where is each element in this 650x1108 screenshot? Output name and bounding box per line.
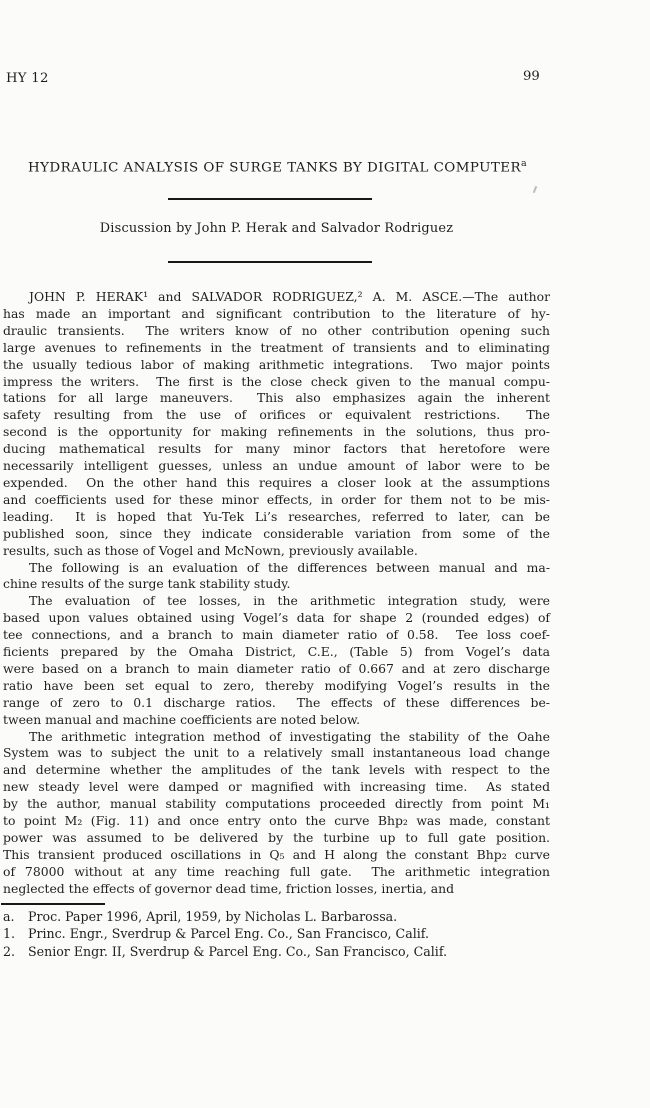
body-line: results, such as those of Vogel and McNo… <box>3 543 550 560</box>
body-line: The arithmetic integration method of inv… <box>3 729 550 746</box>
body-line: This transient produced oscillations in … <box>3 847 550 864</box>
title-footnote-marker: a <box>521 158 527 169</box>
body-line: expended. On the other hand this require… <box>3 475 550 492</box>
body-line: ducing mathematical results for many min… <box>3 441 550 458</box>
body-line: neglected the effects of governor dead t… <box>3 881 550 898</box>
body-line: necessarily intelligent guesses, unless … <box>3 458 550 475</box>
divider-rule-bottom <box>168 261 372 263</box>
body-line: to point M₂ (Fig. 11) and once entry ont… <box>3 813 550 830</box>
body-line: by the author, manual stability computat… <box>3 796 550 813</box>
footnote-text: Proc. Paper 1996, April, 1959, by Nichol… <box>28 909 397 924</box>
footnote-text: Princ. Engr., Sverdrup & Parcel Eng. Co.… <box>28 926 429 941</box>
body-line: and determine whether the amplitudes of … <box>3 762 550 779</box>
footnote-label: a. <box>3 908 28 925</box>
body-line: were based on a branch to main diameter … <box>3 661 550 678</box>
footnote-text: Senior Engr. II, Sverdrup & Parcel Eng. … <box>28 944 447 959</box>
body-line: The following is an evaluation of the di… <box>3 560 550 577</box>
body-line: ficients prepared by the Omaha District,… <box>3 644 550 661</box>
body-line: tween manual and machine coefficients ar… <box>3 712 550 729</box>
scan-artifact <box>533 186 537 193</box>
body-line: safety resulting from the use of orifice… <box>3 407 550 424</box>
body-line: leading. It is hoped that Yu-Tek Li’s re… <box>3 509 550 526</box>
body-line: draulic transients. The writers know of … <box>3 323 550 340</box>
discussion-byline: Discussion by John P. Herak and Salvador… <box>3 221 550 236</box>
divider-rule-top <box>168 198 372 200</box>
paper-title-text: HYDRAULIC ANALYSIS OF SURGE TANKS BY DIG… <box>28 160 521 175</box>
running-header-page-number: 99 <box>523 69 540 84</box>
body-line: second is the opportunity for making ref… <box>3 424 550 441</box>
body-line: published soon, since they indicate cons… <box>3 526 550 543</box>
body-line: large avenues to refinements in the trea… <box>3 340 550 357</box>
paper-title: HYDRAULIC ANALYSIS OF SURGE TANKS BY DIG… <box>28 158 527 175</box>
footnote-item: 2.Senior Engr. II, Sverdrup & Parcel Eng… <box>3 943 563 960</box>
body-text: JOHN P. HERAK¹ and SALVADOR RODRIGUEZ,² … <box>3 289 550 898</box>
footnote-label: 2. <box>3 943 28 960</box>
footnote-item: 1.Princ. Engr., Sverdrup & Parcel Eng. C… <box>3 925 563 942</box>
footnote-item: a.Proc. Paper 1996, April, 1959, by Nich… <box>3 908 563 925</box>
body-line: of 78000 without at any time reaching fu… <box>3 864 550 881</box>
body-line: range of zero to 0.1 discharge ratios. T… <box>3 695 550 712</box>
body-line: tee connections, and a branch to main di… <box>3 627 550 644</box>
footnote-rule <box>1 903 105 905</box>
body-line: based upon values obtained using Vogel’s… <box>3 610 550 627</box>
journal-page: HY 12 99 HYDRAULIC ANALYSIS OF SURGE TAN… <box>0 0 650 1108</box>
body-line: and coefficients used for these minor ef… <box>3 492 550 509</box>
body-line: chine results of the surge tank stabilit… <box>3 576 550 593</box>
body-line: the usually tedious labor of making arit… <box>3 357 550 374</box>
body-line: tations for all large maneuvers. This al… <box>3 390 550 407</box>
footnote-label: 1. <box>3 925 28 942</box>
body-line: new steady level were damped or magnifie… <box>3 779 550 796</box>
body-line: System was to subject the unit to a rela… <box>3 745 550 762</box>
body-line: impress the writers. The first is the cl… <box>3 374 550 391</box>
running-header-issue-code: HY 12 <box>6 71 49 86</box>
body-line: The evaluation of tee losses, in the ari… <box>3 593 550 610</box>
body-line: JOHN P. HERAK¹ and SALVADOR RODRIGUEZ,² … <box>3 289 550 306</box>
body-line: ratio have been set equal to zero, there… <box>3 678 550 695</box>
footnotes: a.Proc. Paper 1996, April, 1959, by Nich… <box>3 908 563 960</box>
body-line: power was assumed to be delivered by the… <box>3 830 550 847</box>
body-line: has made an important and significant co… <box>3 306 550 323</box>
